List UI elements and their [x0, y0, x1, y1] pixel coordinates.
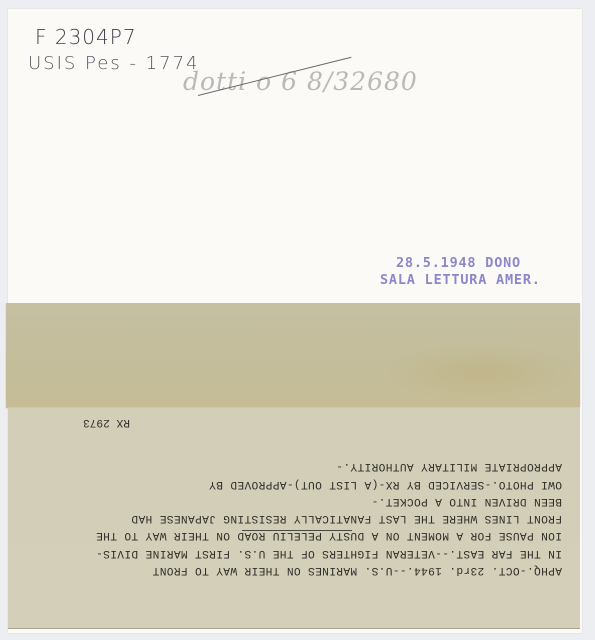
- folded-caption-flap: [6, 303, 580, 407]
- caption-line: IN THE FAR EAST.--VETERAN FIGHTERS OF TH…: [26, 543, 562, 560]
- stamp-library-line: SALA LETTURA AMER.: [380, 272, 541, 289]
- caption-line: ION PAUSE FOR A MOMENT ON A DUSTY PELELI…: [26, 526, 562, 543]
- library-stamp: 28.5.1948 DONO SALA LETTURA AMER.: [380, 255, 541, 289]
- caption-lines: APHQ.-OCT. 23rd. 1944.--U.S. MARINES ON …: [26, 457, 562, 578]
- handwritten-usis-number: USIS Pes - 1774: [28, 53, 199, 74]
- caption-line: APPROPRIATE MILITARY AUTHORITY.-: [26, 457, 562, 474]
- pencil-inventory-note: dotti o 6 8/32680: [183, 67, 418, 96]
- typed-caption-panel: APHQ.-OCT. 23rd. 1944.--U.S. MARINES ON …: [8, 408, 580, 629]
- caption-line: FRONT LINES WHERE THE LAST FANATICALLY R…: [26, 509, 562, 526]
- handwritten-reference: F 2304P7: [35, 25, 137, 49]
- stamp-date-line: 28.5.1948 DONO: [380, 255, 541, 272]
- caption-line: APHQ.-OCT. 23rd. 1944.--U.S. MARINES ON …: [26, 561, 562, 578]
- rotated-caption-text: APHQ.-OCT. 23rd. 1944.--U.S. MARINES ON …: [8, 408, 580, 628]
- caption-code: RX 2973: [83, 416, 130, 428]
- caption-line: BEEN DRIVEN INTO A POCKET.-: [26, 492, 562, 509]
- caption-line: OWI PHOTO.-SERVICED BY RX-(A LIST OUT)-A…: [26, 474, 562, 491]
- pencil-underline: [242, 530, 352, 531]
